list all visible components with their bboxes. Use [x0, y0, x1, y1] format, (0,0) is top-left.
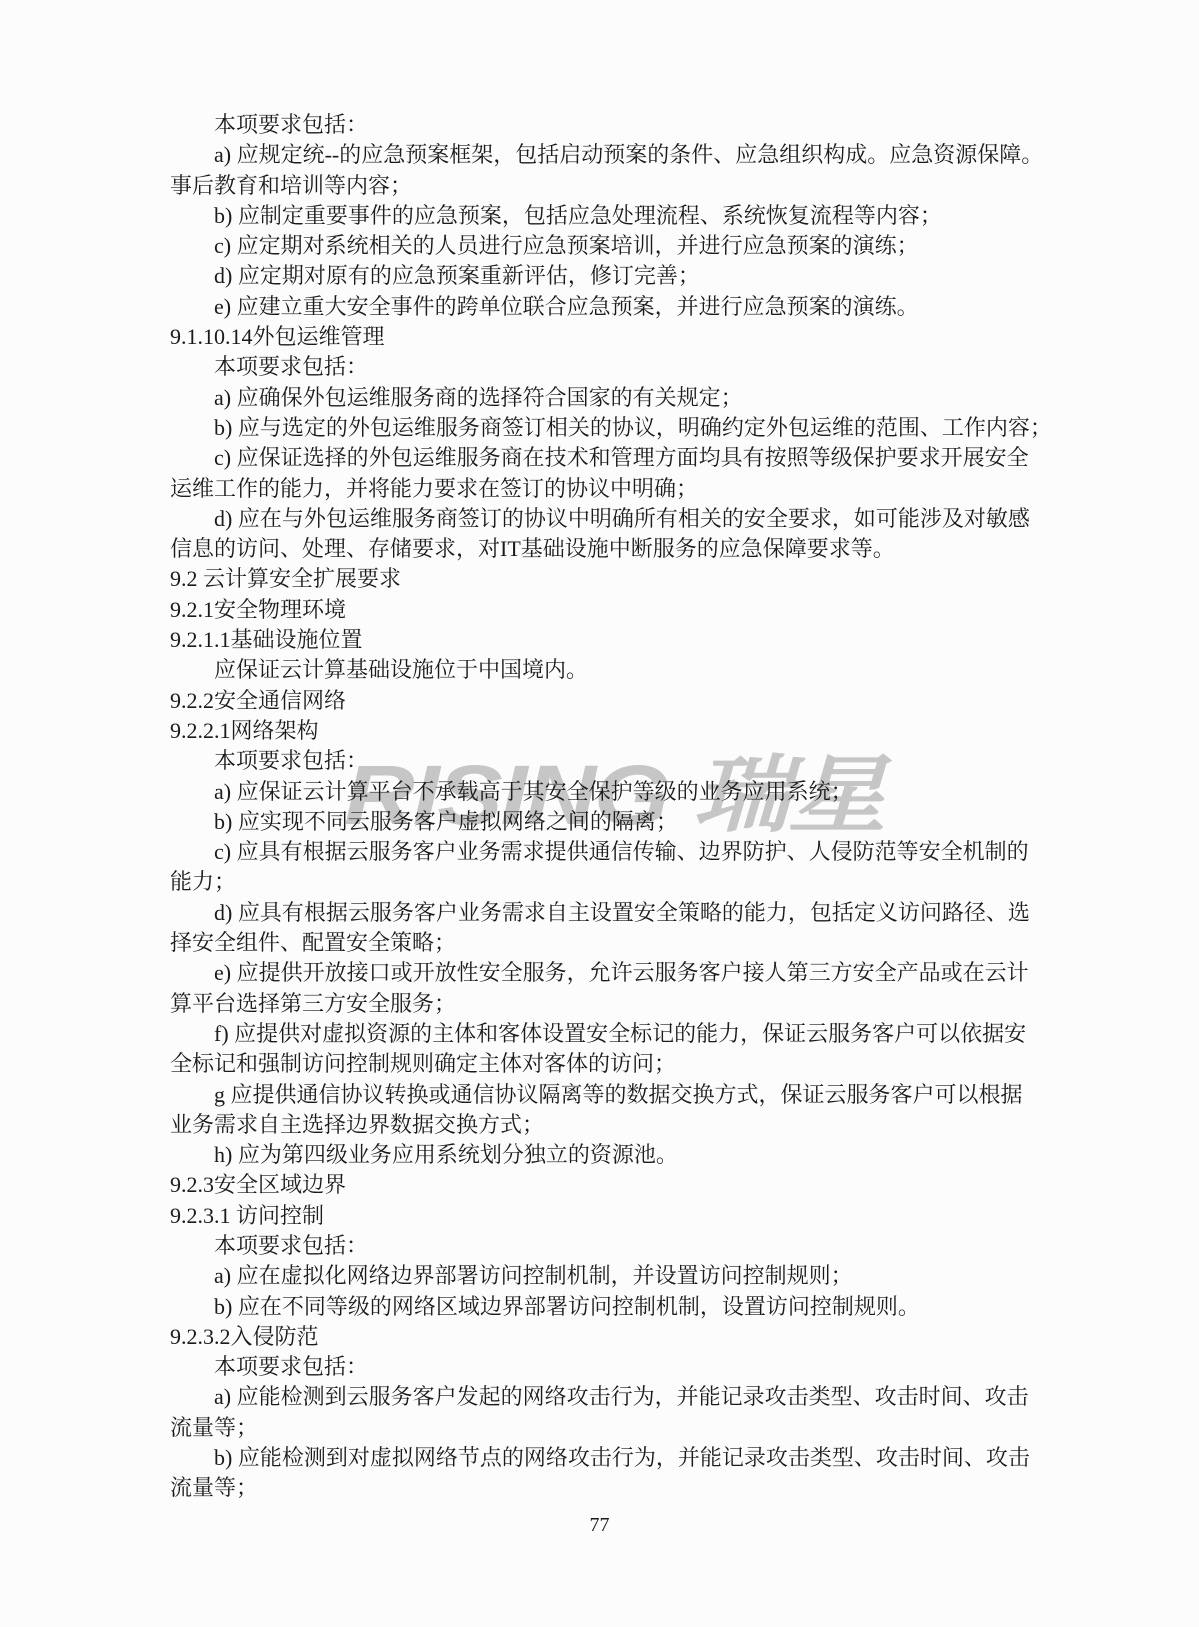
text-line: 本项要求包括： — [170, 352, 1036, 382]
text-line: b) 应与选定的外包运维服务商签订相关的协议，明确约定外包运维的范围、工作内容； — [170, 413, 1036, 443]
document-page: RISING 瑞星 本项要求包括：a) 应规定统--的应急预案框架，包括启动预案… — [0, 0, 1199, 1627]
document-body: 本项要求包括：a) 应规定统--的应急预案框架，包括启动预案的条件、应急组织构成… — [170, 110, 1036, 1504]
text-line: d) 应在与外包运维服务商签订的协议中明确所有相关的安全要求，如可能涉及对敏感 — [170, 504, 1036, 534]
text-line: 9.1.10.14外包运维管理 — [170, 322, 1036, 352]
text-line: b) 应能检测到对虚拟网络节点的网络攻击行为，并能记录攻击类型、攻击时间、攻击 — [170, 1443, 1036, 1473]
text-line: c) 应保证选择的外包运维服务商在技术和管理方面均具有按照等级保护要求开展安全 — [170, 443, 1036, 473]
text-line: 流量等； — [170, 1413, 1036, 1443]
text-line: 9.2.1.1基础设施位置 — [170, 625, 1036, 655]
text-line: 业务需求自主选择边界数据交换方式； — [170, 1110, 1036, 1140]
text-line: a) 应规定统--的应急预案框架，包括启动预案的条件、应急组织构成。应急资源保障… — [170, 140, 1036, 170]
text-line: c) 应具有根据云服务客户业务需求提供通信传输、边界防护、人侵防范等安全机制的 — [170, 837, 1036, 867]
text-line: 9.2.3安全区域边界 — [170, 1170, 1036, 1200]
text-line: 信息的访问、处理、存储要求，对IT基础设施中断服务的应急保障要求等。 — [170, 534, 1036, 564]
text-line: 算平台选择第三方安全服务； — [170, 989, 1036, 1019]
text-line: 本项要求包括： — [170, 746, 1036, 776]
text-line: h) 应为第四级业务应用系统划分独立的资源池。 — [170, 1140, 1036, 1170]
text-line: 9.2.2.1网络架构 — [170, 716, 1036, 746]
text-line: b) 应在不同等级的网络区域边界部署访问控制机制，设置访问控制规则。 — [170, 1292, 1036, 1322]
text-line: a) 应在虚拟化网络边界部署访问控制机制，并设置访问控制规则； — [170, 1261, 1036, 1291]
text-line: e) 应提供开放接口或开放性安全服务，允许云服务客户接人第三方安全产品或在云计 — [170, 958, 1036, 988]
text-line: a) 应确保外包运维服务商的选择符合国家的有关规定； — [170, 383, 1036, 413]
page-number: 77 — [0, 1514, 1199, 1537]
text-line: 能力； — [170, 867, 1036, 897]
text-line: 本项要求包括： — [170, 1231, 1036, 1261]
text-line: e) 应建立重大安全事件的跨单位联合应急预案，并进行应急预案的演练。 — [170, 292, 1036, 322]
text-line: f) 应提供对虚拟资源的主体和客体设置安全标记的能力，保证云服务客户可以依据安 — [170, 1019, 1036, 1049]
text-line: 择安全组件、配置安全策略； — [170, 928, 1036, 958]
text-line: 9.2.3.1 访问控制 — [170, 1201, 1036, 1231]
text-line: 9.2.2安全通信网络 — [170, 686, 1036, 716]
text-line: a) 应能检测到云服务客户发起的网络攻击行为，并能记录攻击类型、攻击时间、攻击 — [170, 1382, 1036, 1412]
text-line: g 应提供通信协议转换或通信协议隔离等的数据交换方式，保证云服务客户可以根据 — [170, 1080, 1036, 1110]
text-line: 9.2 云计算安全扩展要求 — [170, 564, 1036, 594]
text-line: 事后教育和培训等内容； — [170, 171, 1036, 201]
text-line: 9.2.1安全物理环境 — [170, 595, 1036, 625]
text-line: c) 应定期对系统相关的人员进行应急预案培训，并进行应急预案的演练； — [170, 231, 1036, 261]
text-line: b) 应制定重要事件的应急预案，包括应急处理流程、系统恢复流程等内容； — [170, 201, 1036, 231]
text-line: 本项要求包括： — [170, 110, 1036, 140]
text-line: b) 应实现不同云服务客户虚拟网络之间的隔离； — [170, 807, 1036, 837]
text-line: 本项要求包括： — [170, 1352, 1036, 1382]
text-line: d) 应定期对原有的应急预案重新评估，修订完善； — [170, 261, 1036, 291]
text-line: 全标记和强制访问控制规则确定主体对客体的访问； — [170, 1049, 1036, 1079]
text-line: a) 应保证云计算平台不承载高于其安全保护等级的业务应用系统； — [170, 777, 1036, 807]
text-line: 流量等； — [170, 1473, 1036, 1503]
text-line: 应保证云计算基础设施位于中国境内。 — [170, 655, 1036, 685]
text-line: d) 应具有根据云服务客户业务需求自主设置安全策略的能力，包括定义访问路径、选 — [170, 898, 1036, 928]
text-line: 运维工作的能力，并将能力要求在签订的协议中明确； — [170, 474, 1036, 504]
text-line: 9.2.3.2入侵防范 — [170, 1322, 1036, 1352]
